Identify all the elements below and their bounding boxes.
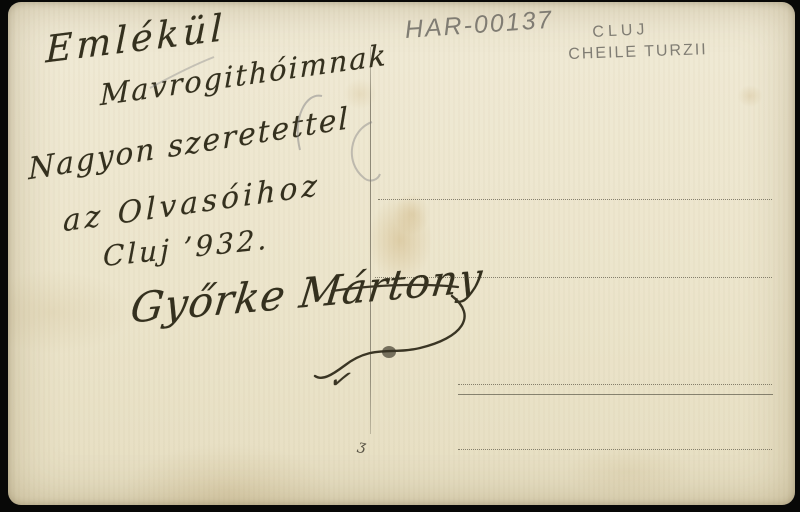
postcard-paper: ʒ Emlékül Mavrogithóimnak Nagyon szerete… bbox=[8, 2, 795, 505]
pencil-location-line2: CHEILE TURZII bbox=[568, 41, 708, 64]
address-line-4 bbox=[458, 449, 772, 450]
pencil-catalog-number: HAR-00137 bbox=[404, 6, 554, 45]
check-mark: ✓ bbox=[327, 364, 352, 396]
handwriting-message-line2: az Olvasóihoz bbox=[63, 168, 321, 240]
center-divider-line bbox=[370, 47, 371, 434]
address-line-3 bbox=[458, 384, 772, 385]
handwriting-signature: Győrke Mártony bbox=[128, 253, 486, 332]
address-line-1 bbox=[378, 199, 772, 200]
printers-mark: ʒ bbox=[356, 437, 367, 454]
address-line-3-solid bbox=[458, 394, 773, 395]
handwriting-dedication-line1: Emlékül bbox=[45, 6, 226, 72]
postcard-scan: ʒ Emlékül Mavrogithóimnak Nagyon szerete… bbox=[0, 0, 800, 512]
pencil-location-line1: CLUJ bbox=[592, 21, 649, 42]
